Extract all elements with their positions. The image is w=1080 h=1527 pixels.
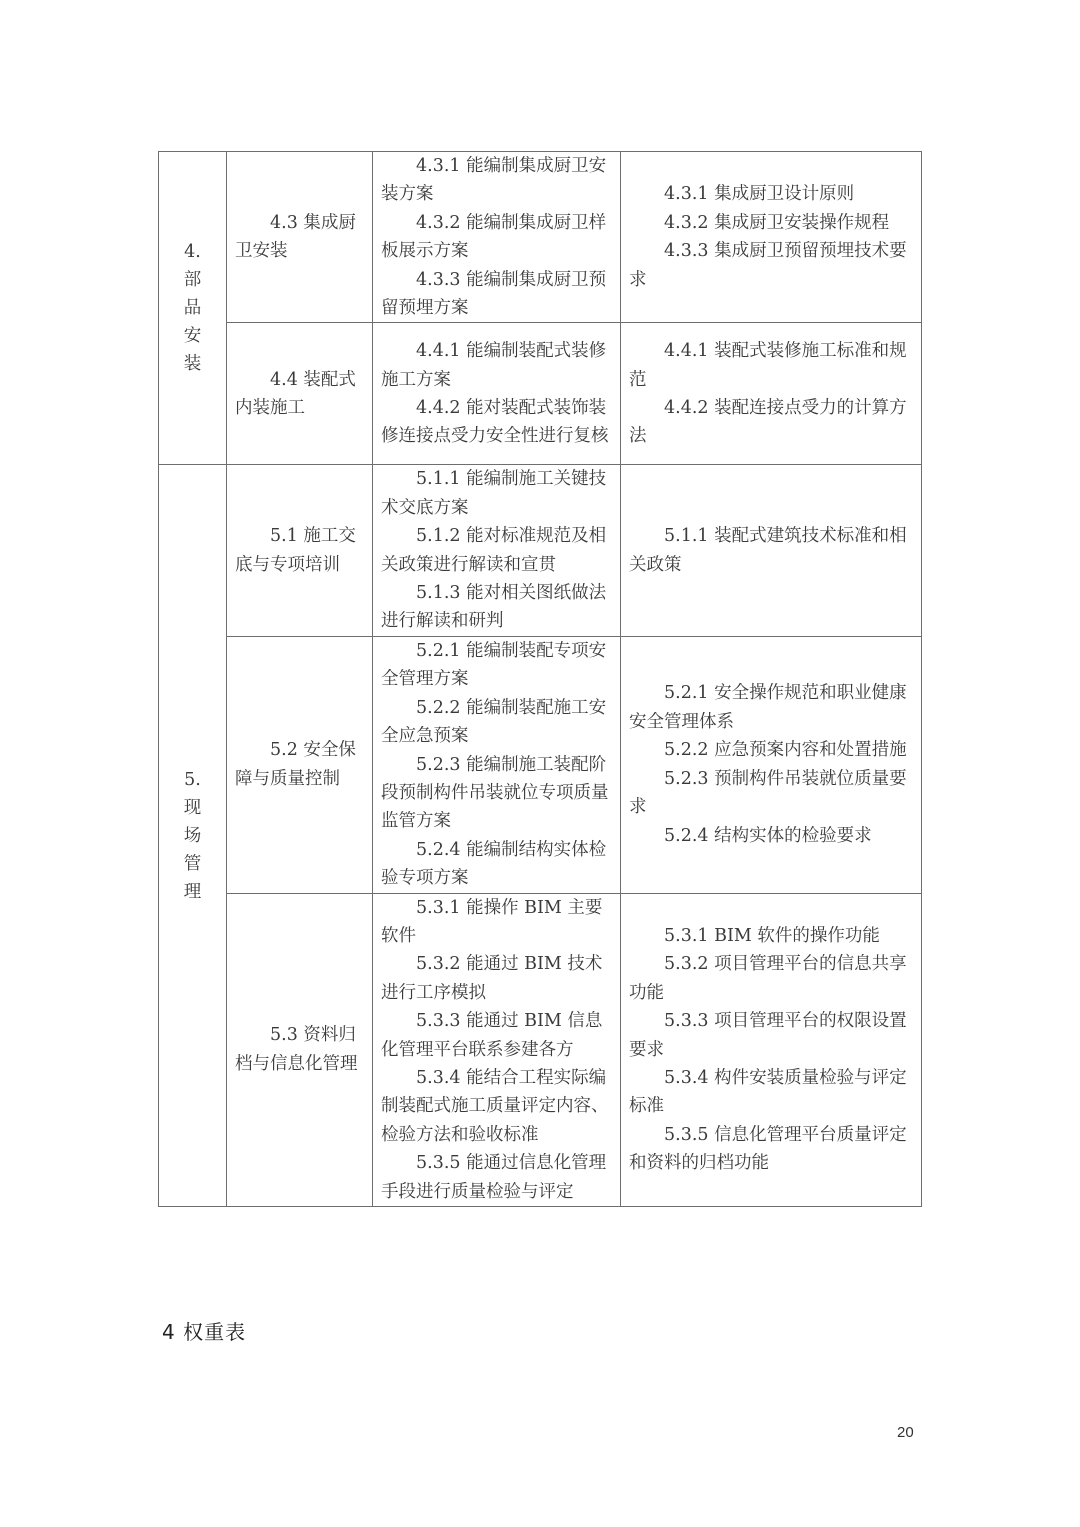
knowledge-item: 5.1.1 装配式建筑技术标准和相关政策	[629, 522, 913, 579]
knowledge-cell: 5.2.1 安全操作规范和职业健康安全管理体系 5.2.2 应急预案内容和处置措…	[621, 636, 922, 893]
skill-item: 5.2.1 能编制装配专项安全管理方案	[381, 637, 612, 694]
knowledge-item: 5.2.1 安全操作规范和职业健康安全管理体系	[629, 679, 913, 736]
knowledge-item: 5.3.4 构件安装质量检验与评定标准	[629, 1064, 913, 1121]
knowledge-item: 4.3.1 集成厨卫设计原则	[629, 180, 913, 208]
skill-item: 5.1.1 能编制施工关键技术交底方案	[381, 465, 612, 522]
category-cell: 5. 现 场 管 理	[159, 465, 227, 1207]
skill-item: 4.3.2 能编制集成厨卫样板展示方案	[381, 209, 612, 266]
knowledge-item: 5.2.2 应急预案内容和处置措施	[629, 736, 913, 764]
category-char: 品	[159, 294, 226, 322]
category-char: 部	[159, 266, 226, 294]
knowledge-item: 5.2.3 预制构件吊装就位质量要求	[629, 765, 913, 822]
skill-item: 4.4.1 能编制装配式装修施工方案	[381, 337, 612, 394]
unit-title: 4.4 装配式内装施工	[235, 366, 364, 423]
skill-item: 5.2.4 能编制结构实体检验专项方案	[381, 836, 612, 893]
table-row: 4. 部 品 安 装 4.3 集成厨卫安装 4.3.1 能编制集成厨卫安装方案 …	[159, 152, 922, 323]
skill-item: 5.2.3 能编制施工装配阶段预制构件吊装就位专项质量监管方案	[381, 751, 612, 836]
skill-item: 5.3.4 能结合工程实际编制装配式施工质量评定内容、检验方法和验收标准	[381, 1064, 612, 1149]
skill-item: 5.1.2 能对标准规范及相关政策进行解读和宣贯	[381, 522, 612, 579]
table-row: 5. 现 场 管 理 5.1 施工交底与专项培训 5.1.1 能编制施工关键技术…	[159, 465, 922, 636]
skill-item: 5.3.2 能通过 BIM 技术进行工序模拟	[381, 950, 612, 1007]
category-char: 管	[159, 850, 226, 878]
knowledge-cell: 5.3.1 BIM 软件的操作功能 5.3.2 项目管理平台的信息共享功能 5.…	[621, 893, 922, 1206]
category-char: 理	[159, 878, 226, 906]
skill-item: 4.3.3 能编制集成厨卫预留预埋方案	[381, 266, 612, 323]
skills-cell: 5.2.1 能编制装配专项安全管理方案 5.2.2 能编制装配施工安全应急预案 …	[373, 636, 621, 893]
knowledge-item: 4.4.2 装配连接点受力的计算方法	[629, 394, 913, 451]
table-row: 5.2 安全保障与质量控制 5.2.1 能编制装配专项安全管理方案 5.2.2 …	[159, 636, 922, 893]
section-heading: 4 权重表	[162, 1316, 246, 1345]
knowledge-item: 4.3.3 集成厨卫预留预埋技术要求	[629, 237, 913, 294]
category-char: 安	[159, 322, 226, 350]
unit-cell: 4.4 装配式内装施工	[227, 323, 373, 465]
page-number: 20	[897, 1424, 914, 1441]
knowledge-item: 5.2.4 结构实体的检验要求	[629, 822, 913, 850]
knowledge-cell: 4.4.1 装配式装修施工标准和规范 4.4.2 装配连接点受力的计算方法	[621, 323, 922, 465]
category-number: 5.	[159, 766, 226, 794]
knowledge-item: 5.3.1 BIM 软件的操作功能	[629, 922, 913, 950]
unit-cell: 5.3 资料归档与信息化管理	[227, 893, 373, 1206]
skill-item: 5.3.1 能操作 BIM 主要软件	[381, 894, 612, 951]
unit-title: 5.2 安全保障与质量控制	[235, 736, 364, 793]
unit-cell: 5.2 安全保障与质量控制	[227, 636, 373, 893]
unit-cell: 5.1 施工交底与专项培训	[227, 465, 373, 636]
skill-item: 5.2.2 能编制装配施工安全应急预案	[381, 694, 612, 751]
unit-title: 4.3 集成厨卫安装	[235, 209, 364, 266]
knowledge-item: 5.3.2 项目管理平台的信息共享功能	[629, 950, 913, 1007]
skill-item: 5.3.5 能通过信息化管理手段进行质量检验与评定	[381, 1149, 612, 1206]
knowledge-item: 5.3.5 信息化管理平台质量评定和资料的归档功能	[629, 1121, 913, 1178]
skills-table: 4. 部 品 安 装 4.3 集成厨卫安装 4.3.1 能编制集成厨卫安装方案 …	[158, 151, 922, 1207]
category-char: 装	[159, 350, 226, 378]
knowledge-item: 4.4.1 装配式装修施工标准和规范	[629, 337, 913, 394]
skills-cell: 4.4.1 能编制装配式装修施工方案 4.4.2 能对装配式装饰装修连接点受力安…	[373, 323, 621, 465]
skills-cell: 4.3.1 能编制集成厨卫安装方案 4.3.2 能编制集成厨卫样板展示方案 4.…	[373, 152, 621, 323]
category-char: 场	[159, 822, 226, 850]
skills-cell: 5.1.1 能编制施工关键技术交底方案 5.1.2 能对标准规范及相关政策进行解…	[373, 465, 621, 636]
skill-item: 5.1.3 能对相关图纸做法进行解读和研判	[381, 579, 612, 636]
skills-cell: 5.3.1 能操作 BIM 主要软件 5.3.2 能通过 BIM 技术进行工序模…	[373, 893, 621, 1206]
unit-title: 5.1 施工交底与专项培训	[235, 522, 364, 579]
skill-item: 4.4.2 能对装配式装饰装修连接点受力安全性进行复核	[381, 394, 612, 451]
category-char: 现	[159, 794, 226, 822]
unit-title: 5.3 资料归档与信息化管理	[235, 1021, 364, 1078]
knowledge-cell: 4.3.1 集成厨卫设计原则 4.3.2 集成厨卫安装操作规程 4.3.3 集成…	[621, 152, 922, 323]
knowledge-item: 4.3.2 集成厨卫安装操作规程	[629, 209, 913, 237]
skill-item: 5.3.3 能通过 BIM 信息化管理平台联系参建各方	[381, 1007, 612, 1064]
knowledge-cell: 5.1.1 装配式建筑技术标准和相关政策	[621, 465, 922, 636]
table-row: 5.3 资料归档与信息化管理 5.3.1 能操作 BIM 主要软件 5.3.2 …	[159, 893, 922, 1206]
category-cell: 4. 部 品 安 装	[159, 152, 227, 465]
table-row: 4.4 装配式内装施工 4.4.1 能编制装配式装修施工方案 4.4.2 能对装…	[159, 323, 922, 465]
category-number: 4.	[159, 238, 226, 266]
knowledge-item: 5.3.3 项目管理平台的权限设置要求	[629, 1007, 913, 1064]
unit-cell: 4.3 集成厨卫安装	[227, 152, 373, 323]
skill-item: 4.3.1 能编制集成厨卫安装方案	[381, 152, 612, 209]
